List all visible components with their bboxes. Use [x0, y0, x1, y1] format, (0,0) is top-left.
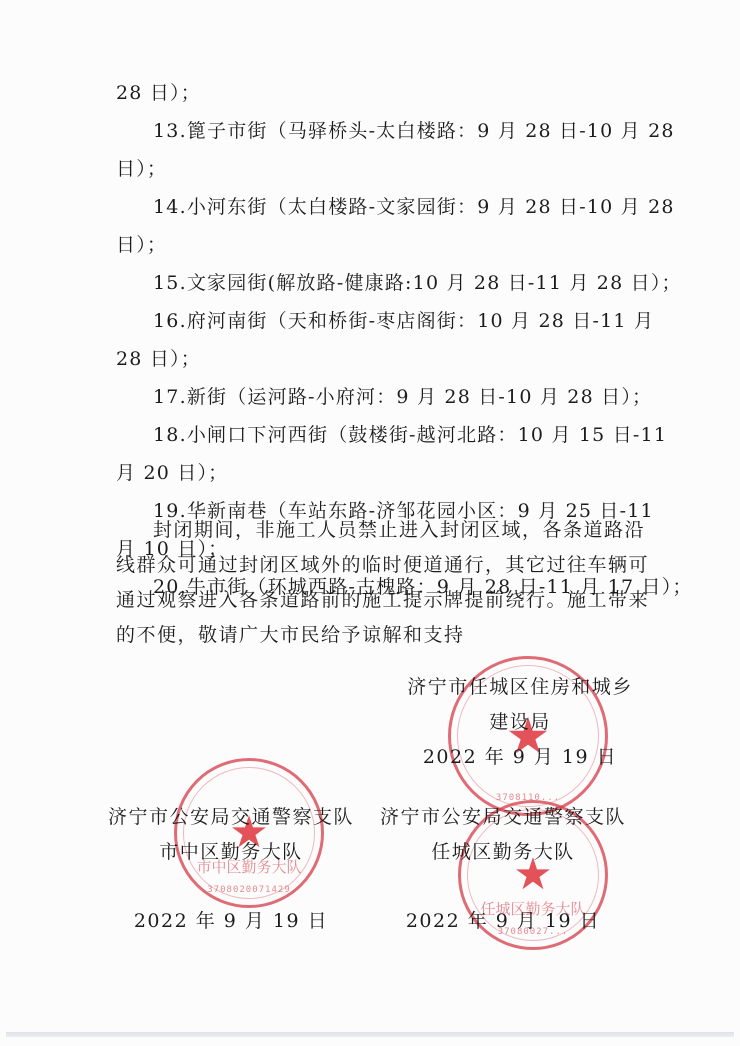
- list-item-17: 17.新街（运河路-小府河：9 月 28 日-10 月 28 日）；: [116, 378, 636, 416]
- list-item-13: 13.篦子市街（马驿桥头-太白楼路：9 月 28 日-10 月 28: [116, 112, 636, 150]
- signature-org-line2: 建设局: [400, 705, 640, 740]
- list-line: 日）；: [116, 150, 636, 188]
- closing-line: 的不便，敬请广大市民给予谅解和支持: [116, 618, 636, 653]
- page-bottom-edge: [6, 1032, 734, 1037]
- list-line: 日）；: [116, 226, 636, 264]
- document-page: 28 日）； 13.篦子市街（马驿桥头-太白楼路：9 月 28 日-10 月 2…: [0, 0, 740, 1046]
- signature-rencheng-traffic: 济宁市公安局交通警察支队 任城区勤务大队 2022 年 9 月 19 日: [378, 800, 628, 939]
- closing-line: 通过观察进入各条道路前的施工提示牌提前绕行。施工带来: [116, 583, 636, 618]
- signature-org-line2: 任城区勤务大队: [378, 835, 628, 870]
- list-item-16: 16.府河南街（天和桥街-枣店阁街：10 月 28 日-11 月: [116, 302, 636, 340]
- list-item-18: 18.小闸口下河西街（鼓楼街-越河北路：10 月 15 日-11: [116, 416, 636, 454]
- signature-org-line2: 市中区勤务大队: [106, 835, 356, 870]
- signature-org-line1: 济宁市公安局交通警察支队: [106, 800, 356, 835]
- list-line: 月 20 日）；: [116, 454, 636, 492]
- signature-date: 2022 年 9 月 19 日: [106, 904, 356, 939]
- signature-housing-bureau: 济宁市任城区住房和城乡 建设局 2022 年 9 月 19 日: [400, 670, 640, 775]
- signature-org-line1: 济宁市公安局交通警察支队: [378, 800, 628, 835]
- list-line: 28 日）；: [116, 340, 636, 378]
- list-item-14: 14.小河东街（太白楼路-文家园街：9 月 28 日-10 月 28: [116, 188, 636, 226]
- signature-date: 2022 年 9 月 19 日: [400, 740, 640, 775]
- closing-line: 线群众可通过封闭区域外的临时便道通行，其它过往车辆可: [116, 548, 636, 583]
- list-item-15: 15.文家园街(解放路-健康路:10 月 28 日-11 月 28 日）；: [116, 264, 636, 302]
- list-line: 28 日）；: [116, 74, 636, 112]
- signature-date: 2022 年 9 月 19 日: [378, 904, 628, 939]
- closing-line: 封闭期间，非施工人员禁止进入封闭区域，各条道路沿: [116, 513, 636, 548]
- signature-org-line1: 济宁市任城区住房和城乡: [400, 670, 640, 705]
- closing-paragraph: 封闭期间，非施工人员禁止进入封闭区域，各条道路沿 线群众可通过封闭区域外的临时便…: [116, 513, 636, 653]
- signature-shizhong-traffic: 济宁市公安局交通警察支队 市中区勤务大队 2022 年 9 月 19 日: [106, 800, 356, 939]
